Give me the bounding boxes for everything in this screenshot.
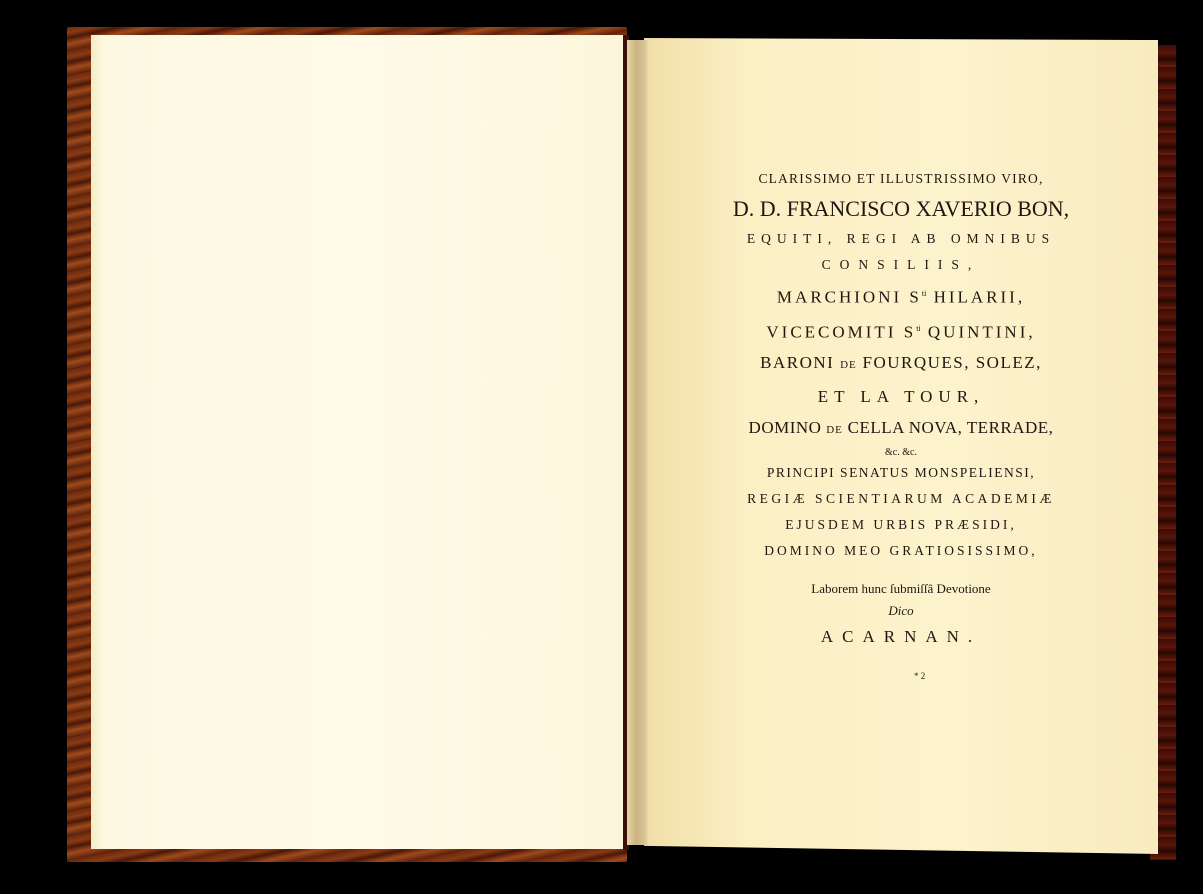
dedication-line: DOMINO DE CELLA NOVA, TERRADE, (644, 412, 1158, 446)
left-blank-page (91, 35, 623, 849)
closing-dico: Dico (644, 600, 1158, 622)
author-signature: ACARNAN. (644, 622, 1158, 652)
dedication-line: REGIÆ SCIENTIARUM ACADEMIÆ (644, 486, 1158, 512)
dedication-line: &c. &c. (644, 446, 1158, 460)
dedication-line: CONSILIIS, (644, 252, 1158, 278)
dedication-line: BARONI DE FOURQUES, SOLEZ, (644, 347, 1158, 381)
dedication-line: MARCHIONI Sti HILARII, (644, 278, 1158, 313)
dedication-line: EJUSDEM URBIS PRÆSIDI, (644, 512, 1158, 538)
closing-line: Laborem hunc ſubmiſſâ Devotione (644, 578, 1158, 600)
dedication-line: EQUITI, REGI AB OMNIBUS (644, 226, 1158, 252)
dedication-line: DOMINO MEO GRATIOSISSIMO, (644, 538, 1158, 564)
dedication-line: CLARISSIMO ET ILLUSTRISSIMO VIRO, (644, 166, 1158, 192)
dedication-line: ET LA TOUR, (644, 381, 1158, 412)
dedication-line: PRINCIPI SENATUS MONSPELIENSI, (644, 460, 1158, 486)
dedication-text: CLARISSIMO ET ILLUSTRISSIMO VIRO, D. D. … (644, 166, 1158, 652)
dedication-line: VICECOMITI Sti QUINTINI, (644, 313, 1158, 348)
signature-mark: * 2 (914, 671, 925, 681)
dedication-line: D. D. FRANCISCO XAVERIO BON, (644, 192, 1158, 226)
